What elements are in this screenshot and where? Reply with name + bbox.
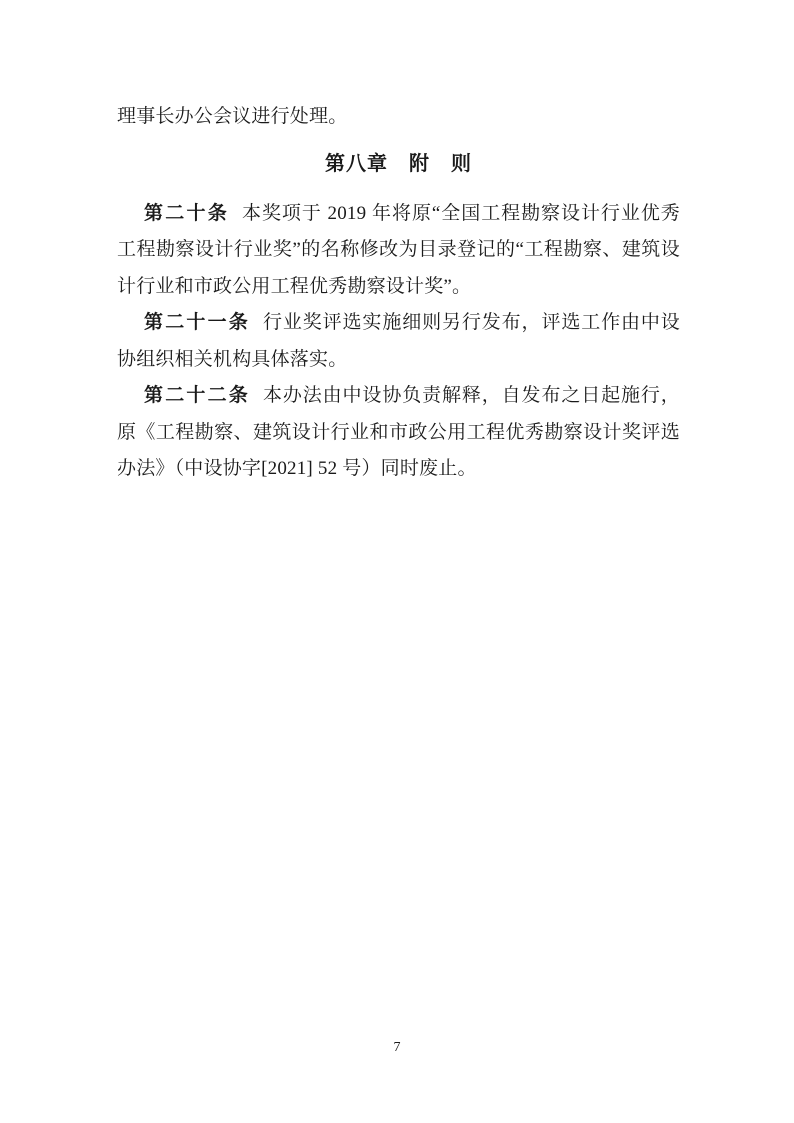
article-22-term: 第二十二条 xyxy=(144,385,250,406)
page-content: 理事长办公会议进行处理。 第八章 附 则 第二十条本奖项于 2019 年将原“全… xyxy=(117,99,680,488)
paragraph-continuation: 理事长办公会议进行处理。 xyxy=(117,99,680,136)
page-footer: 7 xyxy=(0,1038,794,1057)
page-number: 7 xyxy=(394,1040,401,1055)
article-21-term: 第二十一条 xyxy=(144,312,250,333)
article-20-term: 第二十条 xyxy=(144,203,229,224)
article-paragraph-22: 第二十二条本办法由中设协负责解释，自发布之日起施行，原《工程勘察、建筑设计行业和… xyxy=(117,378,680,488)
article-paragraph-20: 第二十条本奖项于 2019 年将原“全国工程勘察设计行业优秀工程勘察设计行业奖”… xyxy=(117,196,680,306)
chapter-heading: 第八章 附 则 xyxy=(117,146,680,183)
article-paragraph-21: 第二十一条行业奖评选实施细则另行发布，评选工作由中设协组织相关机构具体落实。 xyxy=(117,305,680,378)
document-page: 理事长办公会议进行处理。 第八章 附 则 第二十条本奖项于 2019 年将原“全… xyxy=(0,0,794,1123)
